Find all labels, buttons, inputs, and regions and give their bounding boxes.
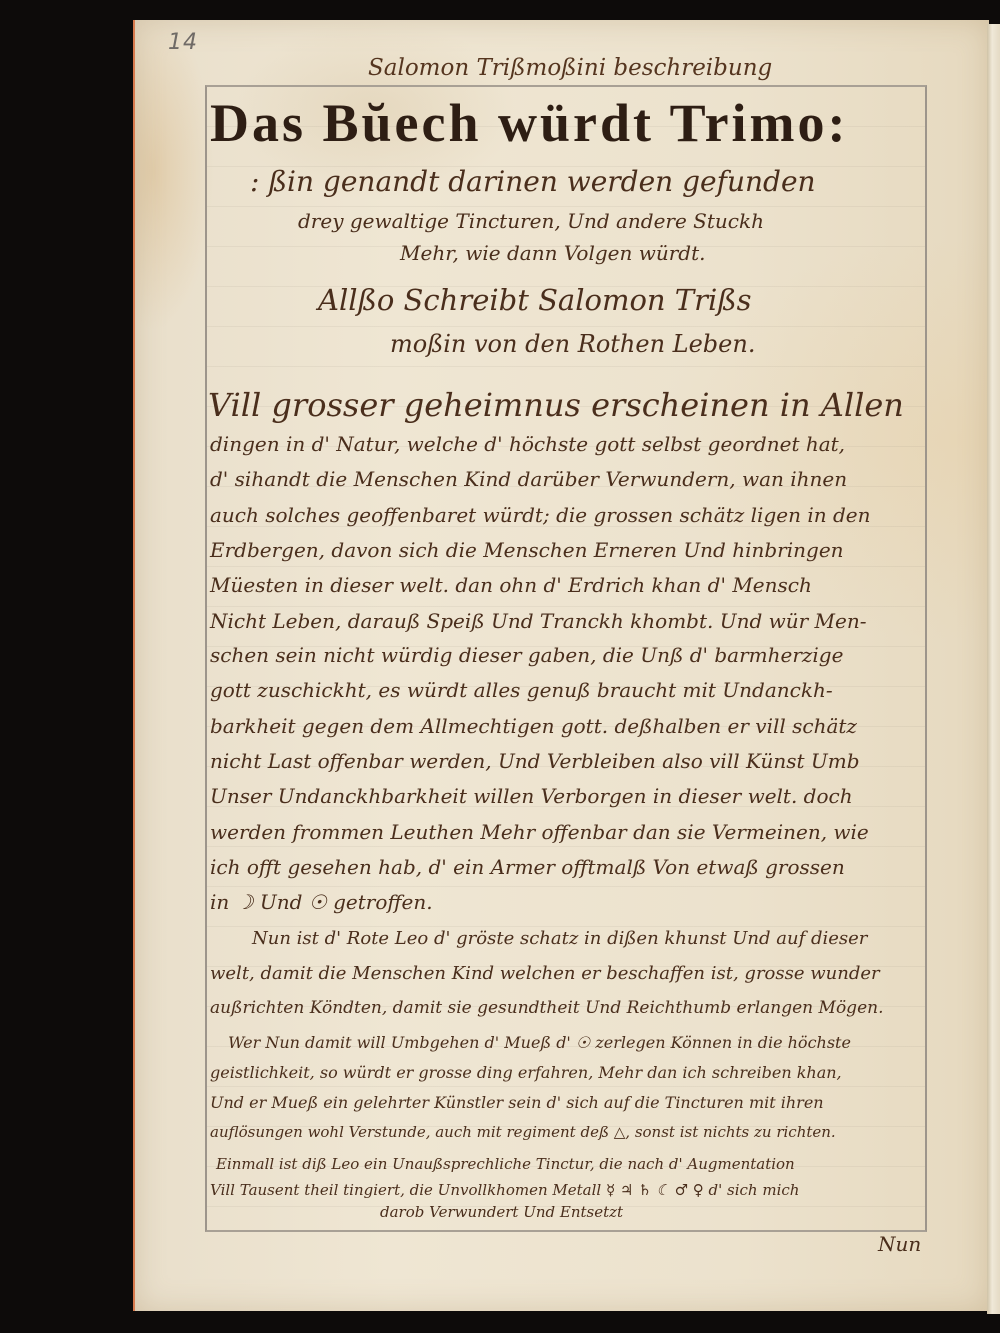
subtitle-line: Mehr, wie dann Volgen würdt. [400, 241, 706, 265]
page-title: Das Bŭech würdt Trimo: [210, 92, 849, 154]
text-line: ich offt gesehen hab, d' ein Armer offtm… [210, 855, 845, 879]
text-line: darob Verwundert Und Entsetzt [380, 1203, 623, 1221]
text-line: Vill Tausent theil tingiert, die Unvollk… [210, 1181, 799, 1199]
subtitle-line: : ßin genandt darinen werden gefunden [250, 165, 816, 198]
text-line: dingen in d' Natur, welche d' höchste go… [210, 432, 845, 456]
catchword: Nun [878, 1232, 921, 1256]
text-line: barkheit gegen dem Allmechtigen gott. de… [210, 714, 857, 738]
text-line: außrichten Köndten, damit sie gesundthei… [210, 998, 883, 1018]
author-line: moßin von den Rothen Leben. [390, 330, 755, 358]
text-line: Wer Nun damit will Umbgehen d' Mueß d' ☉… [228, 1033, 851, 1052]
text-line: geistlichkeit, so würdt er grosse ding e… [210, 1063, 842, 1082]
text-line: Einmall ist diß Leo ein Unaußsprechliche… [216, 1155, 795, 1173]
text-line: Erdbergen, davon sich die Menschen Erner… [210, 538, 844, 562]
text-line: in ☽ Und ☉ getroffen. [210, 890, 433, 914]
text-line: welt, damit die Menschen Kind welchen er… [210, 963, 880, 984]
text-line: werden frommen Leuthen Mehr offenbar dan… [210, 820, 869, 844]
text-line: schen sein nicht würdig dieser gaben, di… [210, 643, 843, 667]
text-line: Und er Mueß ein gelehrter Künstler sein … [210, 1093, 824, 1112]
text-line: Müesten in dieser welt. dan ohn d' Erdri… [210, 573, 812, 597]
text-line: Nun ist d' Rote Leo d' gröste schatz in … [252, 928, 867, 949]
folio-number: 14 [168, 30, 198, 55]
running-head: Salomon Trißmoßini beschreibung [368, 55, 772, 81]
text-line: auch solches geoffenbaret würdt; die gro… [210, 503, 871, 527]
text-line: d' sihandt die Menschen Kind darüber Ver… [210, 467, 847, 491]
text-line: Unser Undanckhbarkheit willen Verborgen … [210, 784, 853, 808]
subtitle-line: drey gewaltige Tincturen, Und andere Stu… [298, 209, 764, 233]
text-line: nicht Last offenbar werden, Und Verbleib… [210, 749, 860, 773]
text-line: auflösungen wohl Verstunde, auch mit reg… [210, 1123, 836, 1141]
binding-gutter [987, 24, 1000, 1314]
opening-line: Vill grosser geheimnus erscheinen in All… [208, 386, 904, 424]
author-line: Allßo Schreibt Salomon Trißs [318, 283, 752, 317]
text-line: gott zuschickht, es würdt alles genuß br… [210, 678, 833, 702]
text-line: Nicht Leben, darauß Speiß Und Tranckh kh… [210, 609, 866, 633]
